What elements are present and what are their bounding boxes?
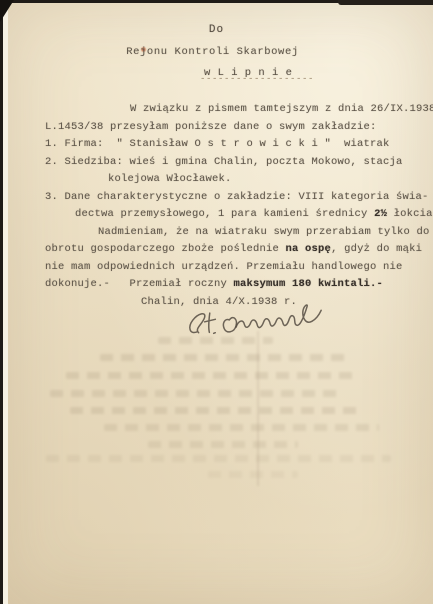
document-photo: Do Rejonu Kontroli Skarbowej w L i p n i…	[0, 0, 433, 604]
text-line: obrotu gospodarczego zboże poślednie na …	[45, 241, 417, 259]
text-line: Nadmieniam, że na wiatraku swym przerabi…	[98, 224, 417, 242]
text-line: dectwa przemysłowego, 1 para kamieni śre…	[75, 206, 417, 224]
text-line: 1. Firma: " Stanisław O s t r o w i c k …	[45, 136, 417, 154]
text-line: L.1453/38 przesyłam poniższe dane o swym…	[45, 119, 417, 137]
text-line: dokonuje.- Przemiał roczny maksymum 180 …	[45, 276, 417, 294]
text-line: 2. Siedziba: wieś i gmina Chalin, poczta…	[45, 154, 417, 172]
text-line: 3. Dane charakterystyczne o zakładzie: V…	[45, 189, 417, 207]
paper-sheet: Do Rejonu Kontroli Skarbowej w L i p n i…	[8, 3, 433, 604]
body-text: W związku z pismem tamtejszym z dnia 26/…	[45, 101, 417, 311]
recipient-name: Rejonu Kontroli Skarbowej	[8, 46, 417, 58]
photo-corner-top-right	[338, 0, 433, 5]
paper-crease	[257, 331, 259, 486]
photo-edge-left	[3, 0, 8, 604]
text-line: W związku z pismem tamtejszym z dnia 26/…	[130, 101, 417, 119]
text-line: kolejowa Włocławek.	[108, 171, 417, 189]
salutation-do: Do	[8, 24, 425, 36]
city-underline-dashes: -------------------	[200, 74, 314, 84]
text-line: nie mam odpowiednich urządzeń. Przemiału…	[45, 259, 417, 277]
